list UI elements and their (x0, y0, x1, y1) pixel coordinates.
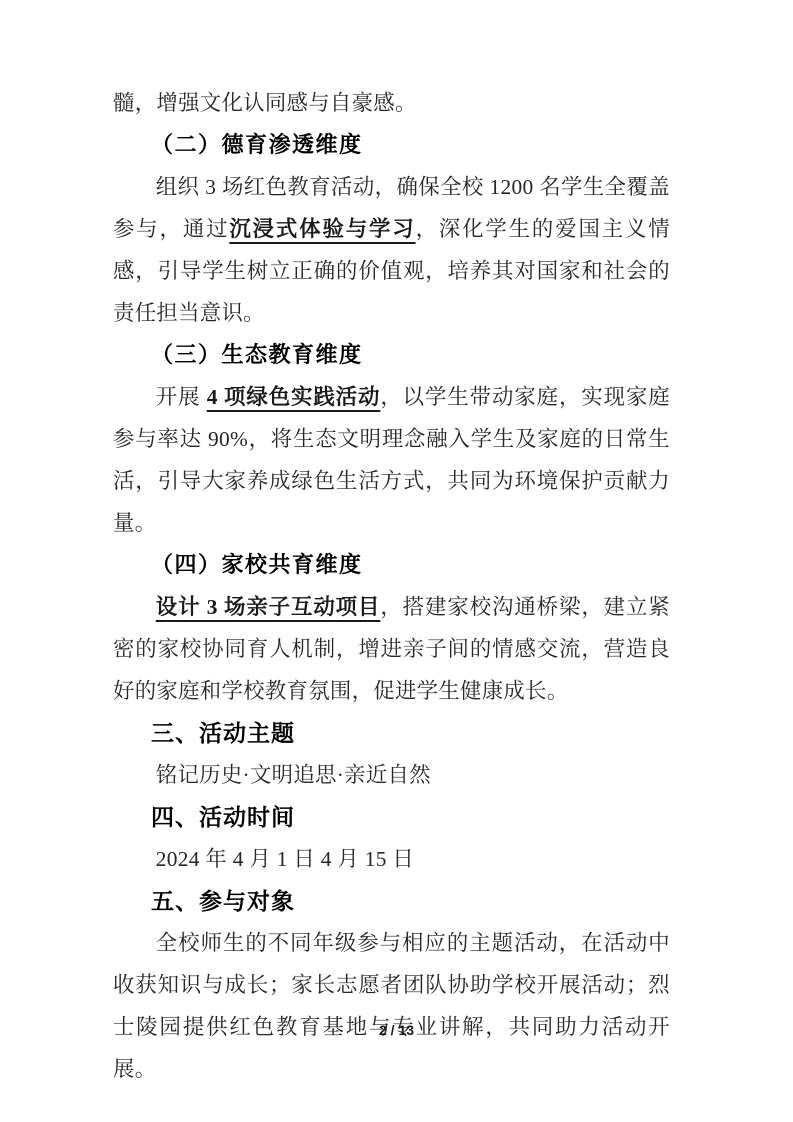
section-heading-activity-theme: 三、活动主题 (113, 712, 670, 754)
subsection-heading-moral-education: （二）德育渗透维度 (113, 124, 670, 166)
paragraph-participants: 全校师生的不同年级参与相应的主题活动，在活动中收获知识与成长；家长志愿者团队协助… (113, 922, 670, 1090)
emphasized-phrase-green-activities: 4 项绿色实践活动 (207, 385, 381, 409)
continuation-paragraph: 髓，增强文化认同感与自豪感。 (113, 82, 670, 124)
paragraph-activity-time: 2024 年 4 月 1 日 4 月 15 日 (113, 838, 670, 880)
section-heading-participants: 五、参与对象 (113, 880, 670, 922)
paragraph-activity-theme: 铭记历史·文明追思·亲近自然 (113, 754, 670, 796)
text-run: 开展 (156, 385, 207, 409)
emphasized-phrase-immersive-learning: 沉浸式体验与学习 (229, 217, 415, 241)
paragraph-moral-education: 组织 3 场红色教育活动，确保全校 1200 名学生全覆盖参与，通过沉浸式体验与… (113, 166, 670, 334)
paragraph-family-school: 设计 3 场亲子互动项目，搭建家校沟通桥梁，建立紧密的家校协同育人机制，增进亲子… (113, 586, 670, 712)
document-content: 髓，增强文化认同感与自豪感。 （二）德育渗透维度 组织 3 场红色教育活动，确保… (113, 82, 670, 1090)
subsection-heading-eco-education: （三）生态教育维度 (113, 334, 670, 376)
page-number: 2 / 13 (0, 1022, 793, 1038)
emphasized-phrase-parent-child-projects: 设计 3 场亲子互动项目 (156, 595, 381, 619)
section-heading-activity-time: 四、活动时间 (113, 796, 670, 838)
paragraph-eco-education: 开展 4 项绿色实践活动，以学生带动家庭，实现家庭参与率达 90%，将生态文明理… (113, 376, 670, 544)
subsection-heading-family-school: （四）家校共育维度 (113, 544, 670, 586)
document-page: 髓，增强文化认同感与自豪感。 （二）德育渗透维度 组织 3 场红色教育活动，确保… (0, 0, 793, 1122)
